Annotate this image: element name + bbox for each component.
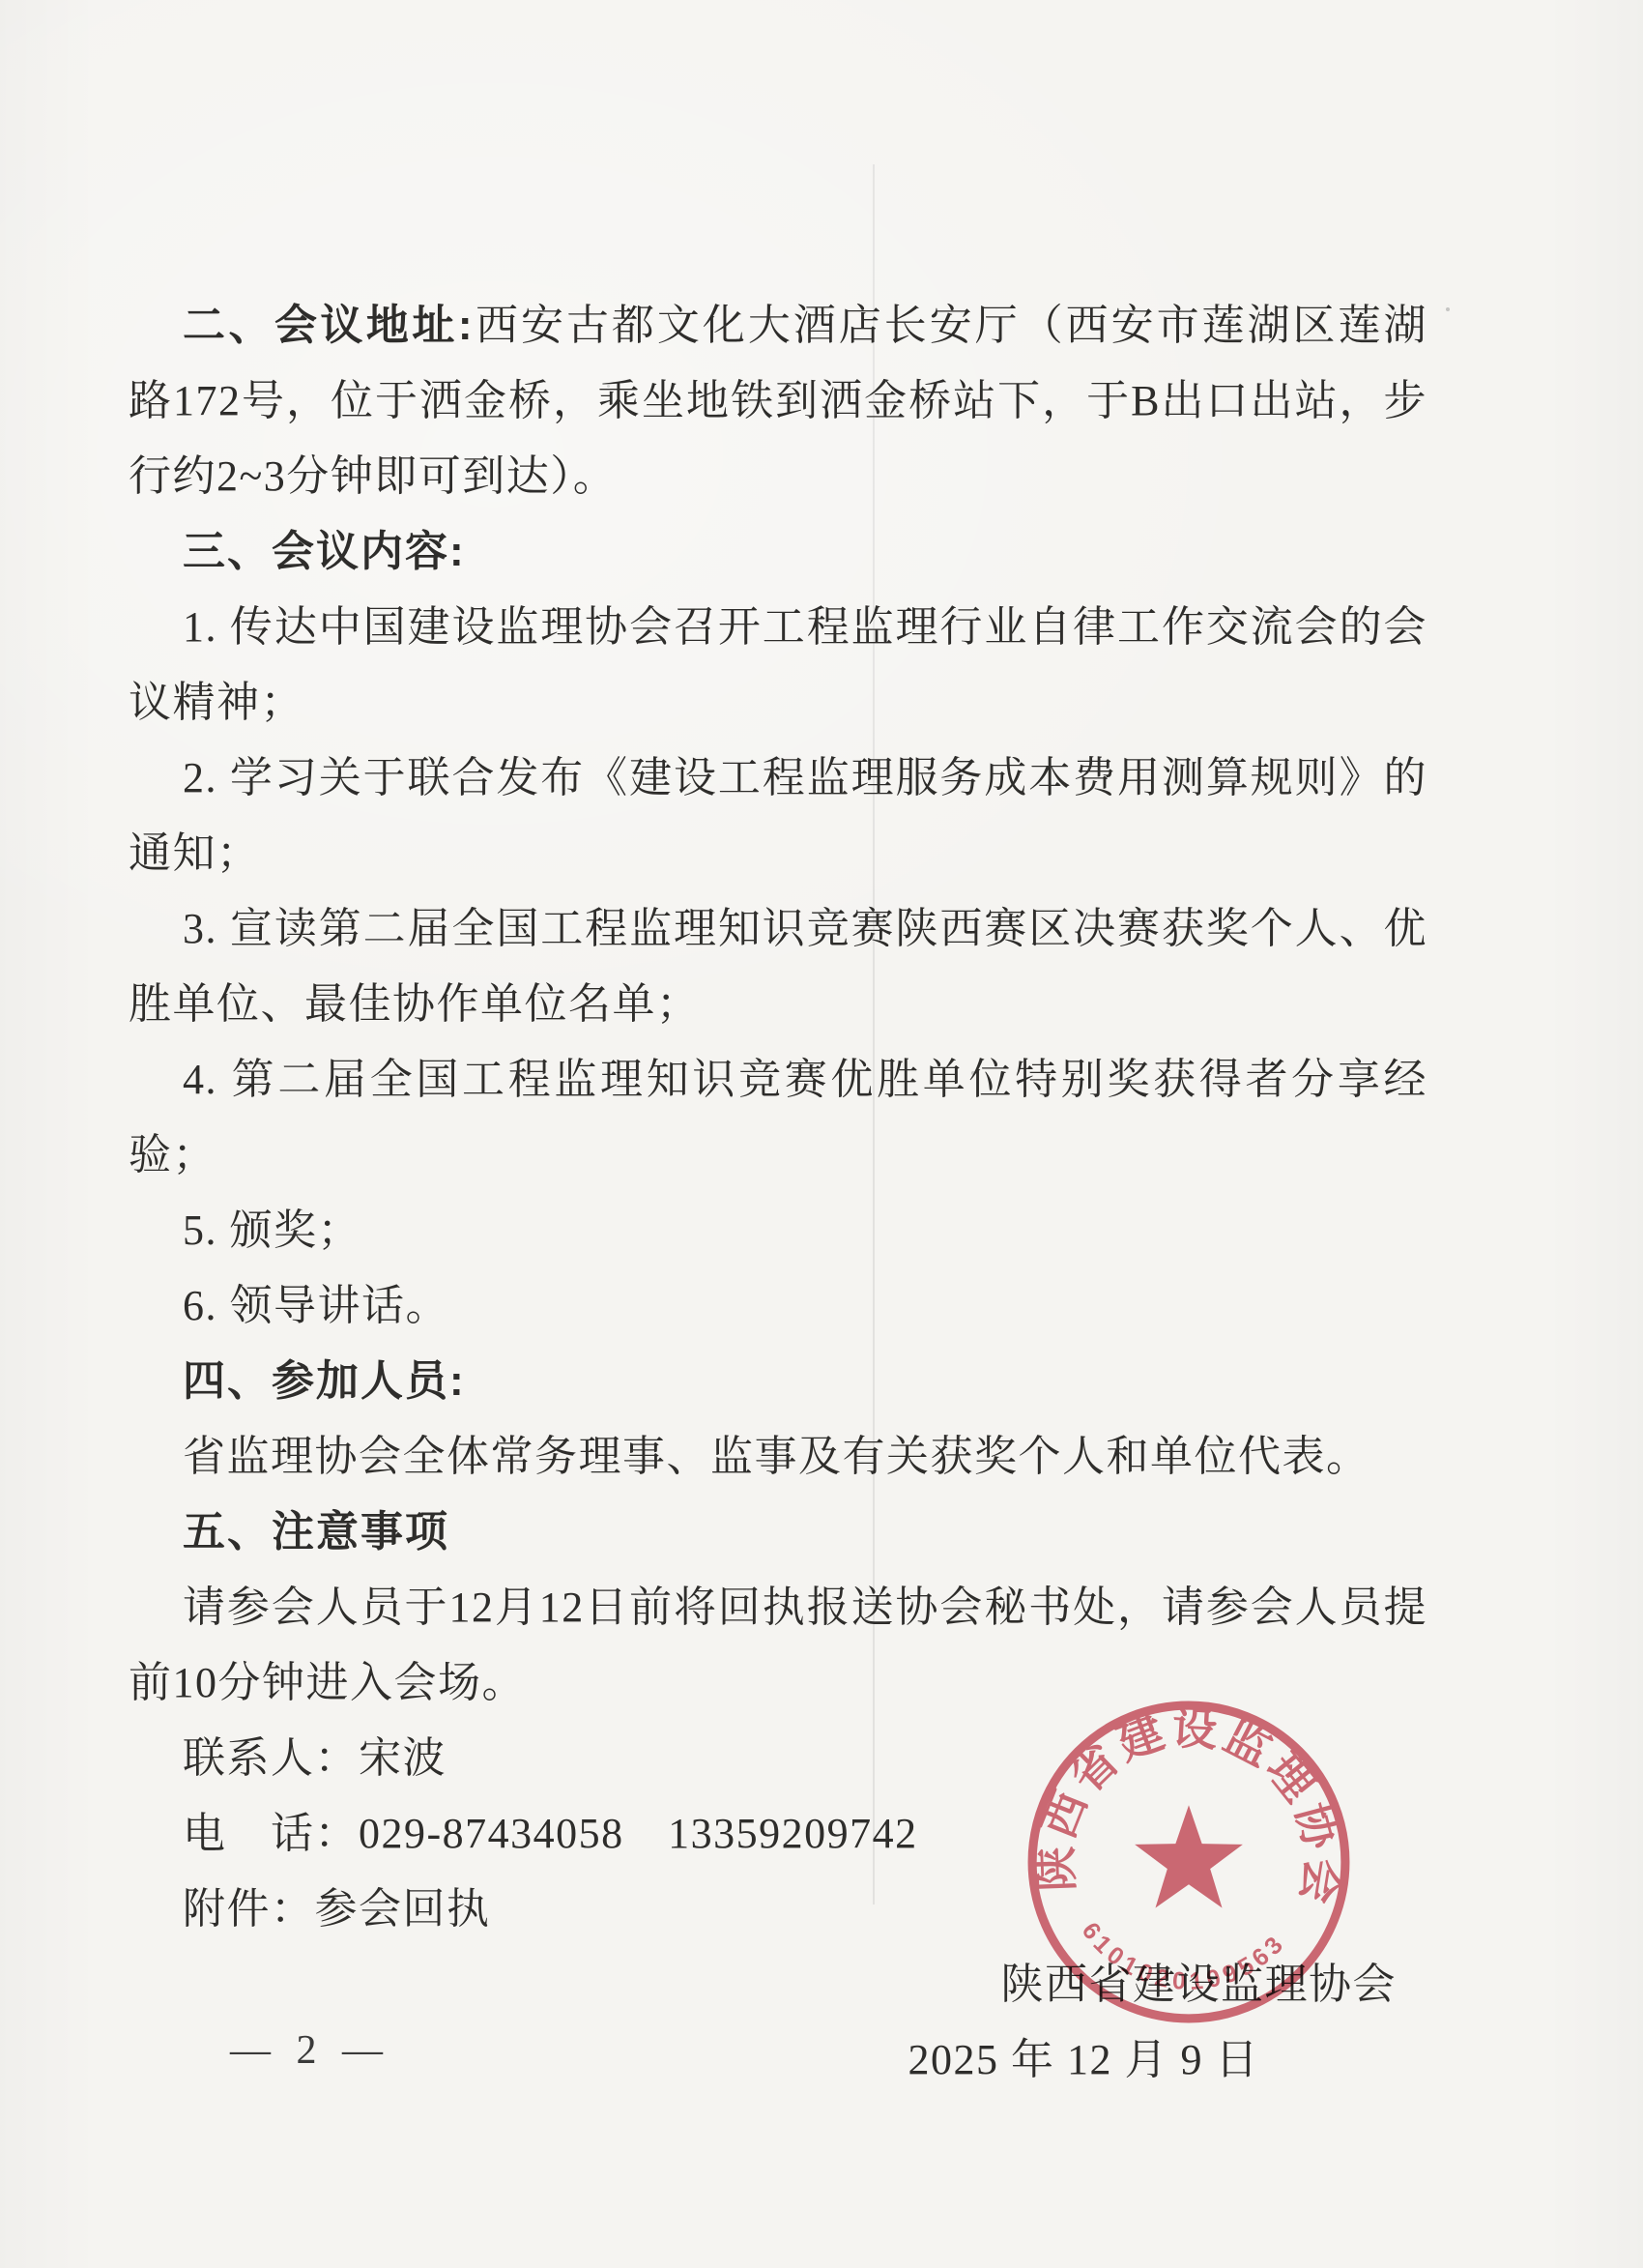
- seal-number: 6101020109563: [1077, 1918, 1292, 1995]
- paragraph-heading: 五、注意事项: [183, 1508, 449, 1556]
- paragraph: 4. 第二届全国工程监理知识竞赛优胜单位特别奖获得者分享经验；: [129, 1042, 1427, 1193]
- paragraph: 五、注意事项: [129, 1495, 1427, 1570]
- page-number: — 2 —: [230, 2028, 390, 2073]
- paragraph: 6. 领导讲话。: [129, 1268, 1427, 1344]
- paragraph: 1. 传达中国建设监理协会召开工程监理行业自律工作交流会的会议精神；: [129, 590, 1427, 741]
- paragraph-heading: 三、会议内容:: [183, 528, 466, 575]
- paragraph-heading: 四、参加人员:: [183, 1357, 466, 1405]
- document-body: 二、会议地址:西安古都文化大酒店长安厅（西安市莲湖区莲湖路172号，位于洒金桥，…: [0, 0, 1643, 2098]
- paragraph: 四、参加人员:: [129, 1344, 1427, 1419]
- official-seal: 陕西省建设监理协会 6101020109563: [1024, 1698, 1353, 2026]
- paragraph: 二、会议地址:西安古都文化大酒店长安厅（西安市莲湖区莲湖路172号，位于洒金桥，…: [129, 288, 1427, 514]
- paragraph: 3. 宣读第二届全国工程监理知识竞赛陕西赛区决赛获奖个人、优胜单位、最佳协作单位…: [129, 891, 1427, 1042]
- paragraph: 5. 颁奖；: [129, 1193, 1427, 1268]
- scanned-document-page: 二、会议地址:西安古都文化大酒店长安厅（西安市莲湖区莲湖路172号，位于洒金桥，…: [0, 0, 1643, 2268]
- seal-star-icon: [1135, 1805, 1243, 1907]
- paragraph: 三、会议内容:: [129, 514, 1427, 590]
- paragraph-heading: 二、会议地址:: [183, 302, 475, 349]
- paragraph: 省监理协会全体常务理事、监事及有关获奖个人和单位代表。: [129, 1419, 1427, 1495]
- paragraph: 2. 学习关于联合发布《建设工程监理服务成本费用测算规则》的通知；: [129, 741, 1427, 891]
